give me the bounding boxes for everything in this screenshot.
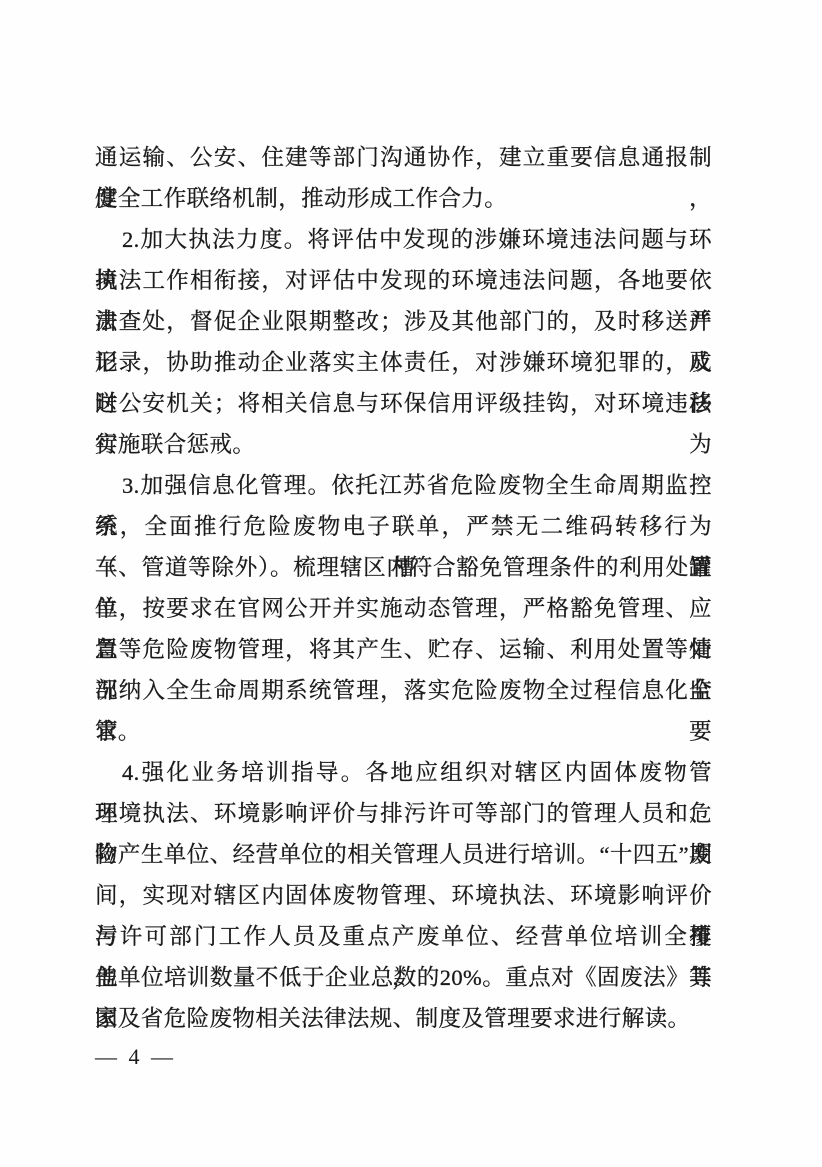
paragraph: 4.强化业务培训指导。各地应组织对辖区内固体废物管理、环境执法、环境影响评价与排… <box>95 752 712 1039</box>
text-line: 3.加强信息化管理。依托江苏省危险废物全生命周期监控系 <box>95 465 712 506</box>
text-line: 统，全面推行危险废物电子联单，严禁无二维码转移行为（槽罐 <box>95 506 712 547</box>
text-line: 4.强化业务培训指导。各地应组织对辖区内固体废物管理、 <box>95 752 712 793</box>
text-line: 环境执法、环境影响评价与排污许可等部门的管理人员和危险废 <box>95 793 712 834</box>
text-line: 车、管道等除外）。梳理辖区内符合豁免管理条件的利用处置单 <box>95 547 712 588</box>
text-line: 家及省危险废物相关法律法规、制度及管理要求进行解读。 <box>95 998 712 1039</box>
text-line: 置等危险废物管理，将其产生、贮存、运输、利用处置等情况全 <box>95 629 712 670</box>
text-line: 记录，协助推动企业落实主体责任，对涉嫌环境犯罪的，及时移 <box>95 342 712 383</box>
text-line: 执法工作相衔接，对评估中发现的环境违法问题，各地要依法严 <box>95 260 712 301</box>
paragraph: 3.加强信息化管理。依托江苏省危险废物全生命周期监控系统，全面推行危险废物电子联… <box>95 465 712 752</box>
document-body: 通运输、公安、住建等部门沟通协作，建立重要信息通报制度，健全工作联络机制，推动形… <box>95 137 712 1039</box>
text-line: 送公安机关；将相关信息与环保信用评级挂钩，对环境违法行为 <box>95 383 712 424</box>
paragraph: 通运输、公安、住建等部门沟通协作，建立重要信息通报制度，健全工作联络机制，推动形… <box>95 137 712 219</box>
text-line: 2.加大执法力度。将评估中发现的涉嫌环境违法问题与环境 <box>95 219 712 260</box>
text-line: 肃查处，督促企业限期整改；涉及其他部门的，及时移送并形成 <box>95 301 712 342</box>
text-line: 部纳入全生命周期系统管理，落实危险废物全过程信息化监管要 <box>95 670 712 711</box>
document-page: 通运输、公安、住建等部门沟通协作，建立重要信息通报制度，健全工作联络机制，推动形… <box>0 0 822 1167</box>
text-line: 位，按要求在官网公开并实施动态管理，严格豁免管理、应急处 <box>95 588 712 629</box>
text-line: 污许可部门工作人员及重点产废单位、经营单位培训全覆盖，其 <box>95 916 712 957</box>
paragraph: 2.加大执法力度。将评估中发现的涉嫌环境违法问题与环境执法工作相衔接，对评估中发… <box>95 219 712 465</box>
text-line: 通运输、公安、住建等部门沟通协作，建立重要信息通报制度， <box>95 137 712 178</box>
text-line: 他单位培训数量不低于企业总数的20%。重点对《固废法》等国 <box>95 957 712 998</box>
text-line: 物产生单位、经营单位的相关管理人员进行培训。“十四五”期 <box>95 834 712 875</box>
text-line: 间，实现对辖区内固体废物管理、环境执法、环境影响评价与排 <box>95 875 712 916</box>
page-number: — 4 — <box>95 1036 176 1077</box>
